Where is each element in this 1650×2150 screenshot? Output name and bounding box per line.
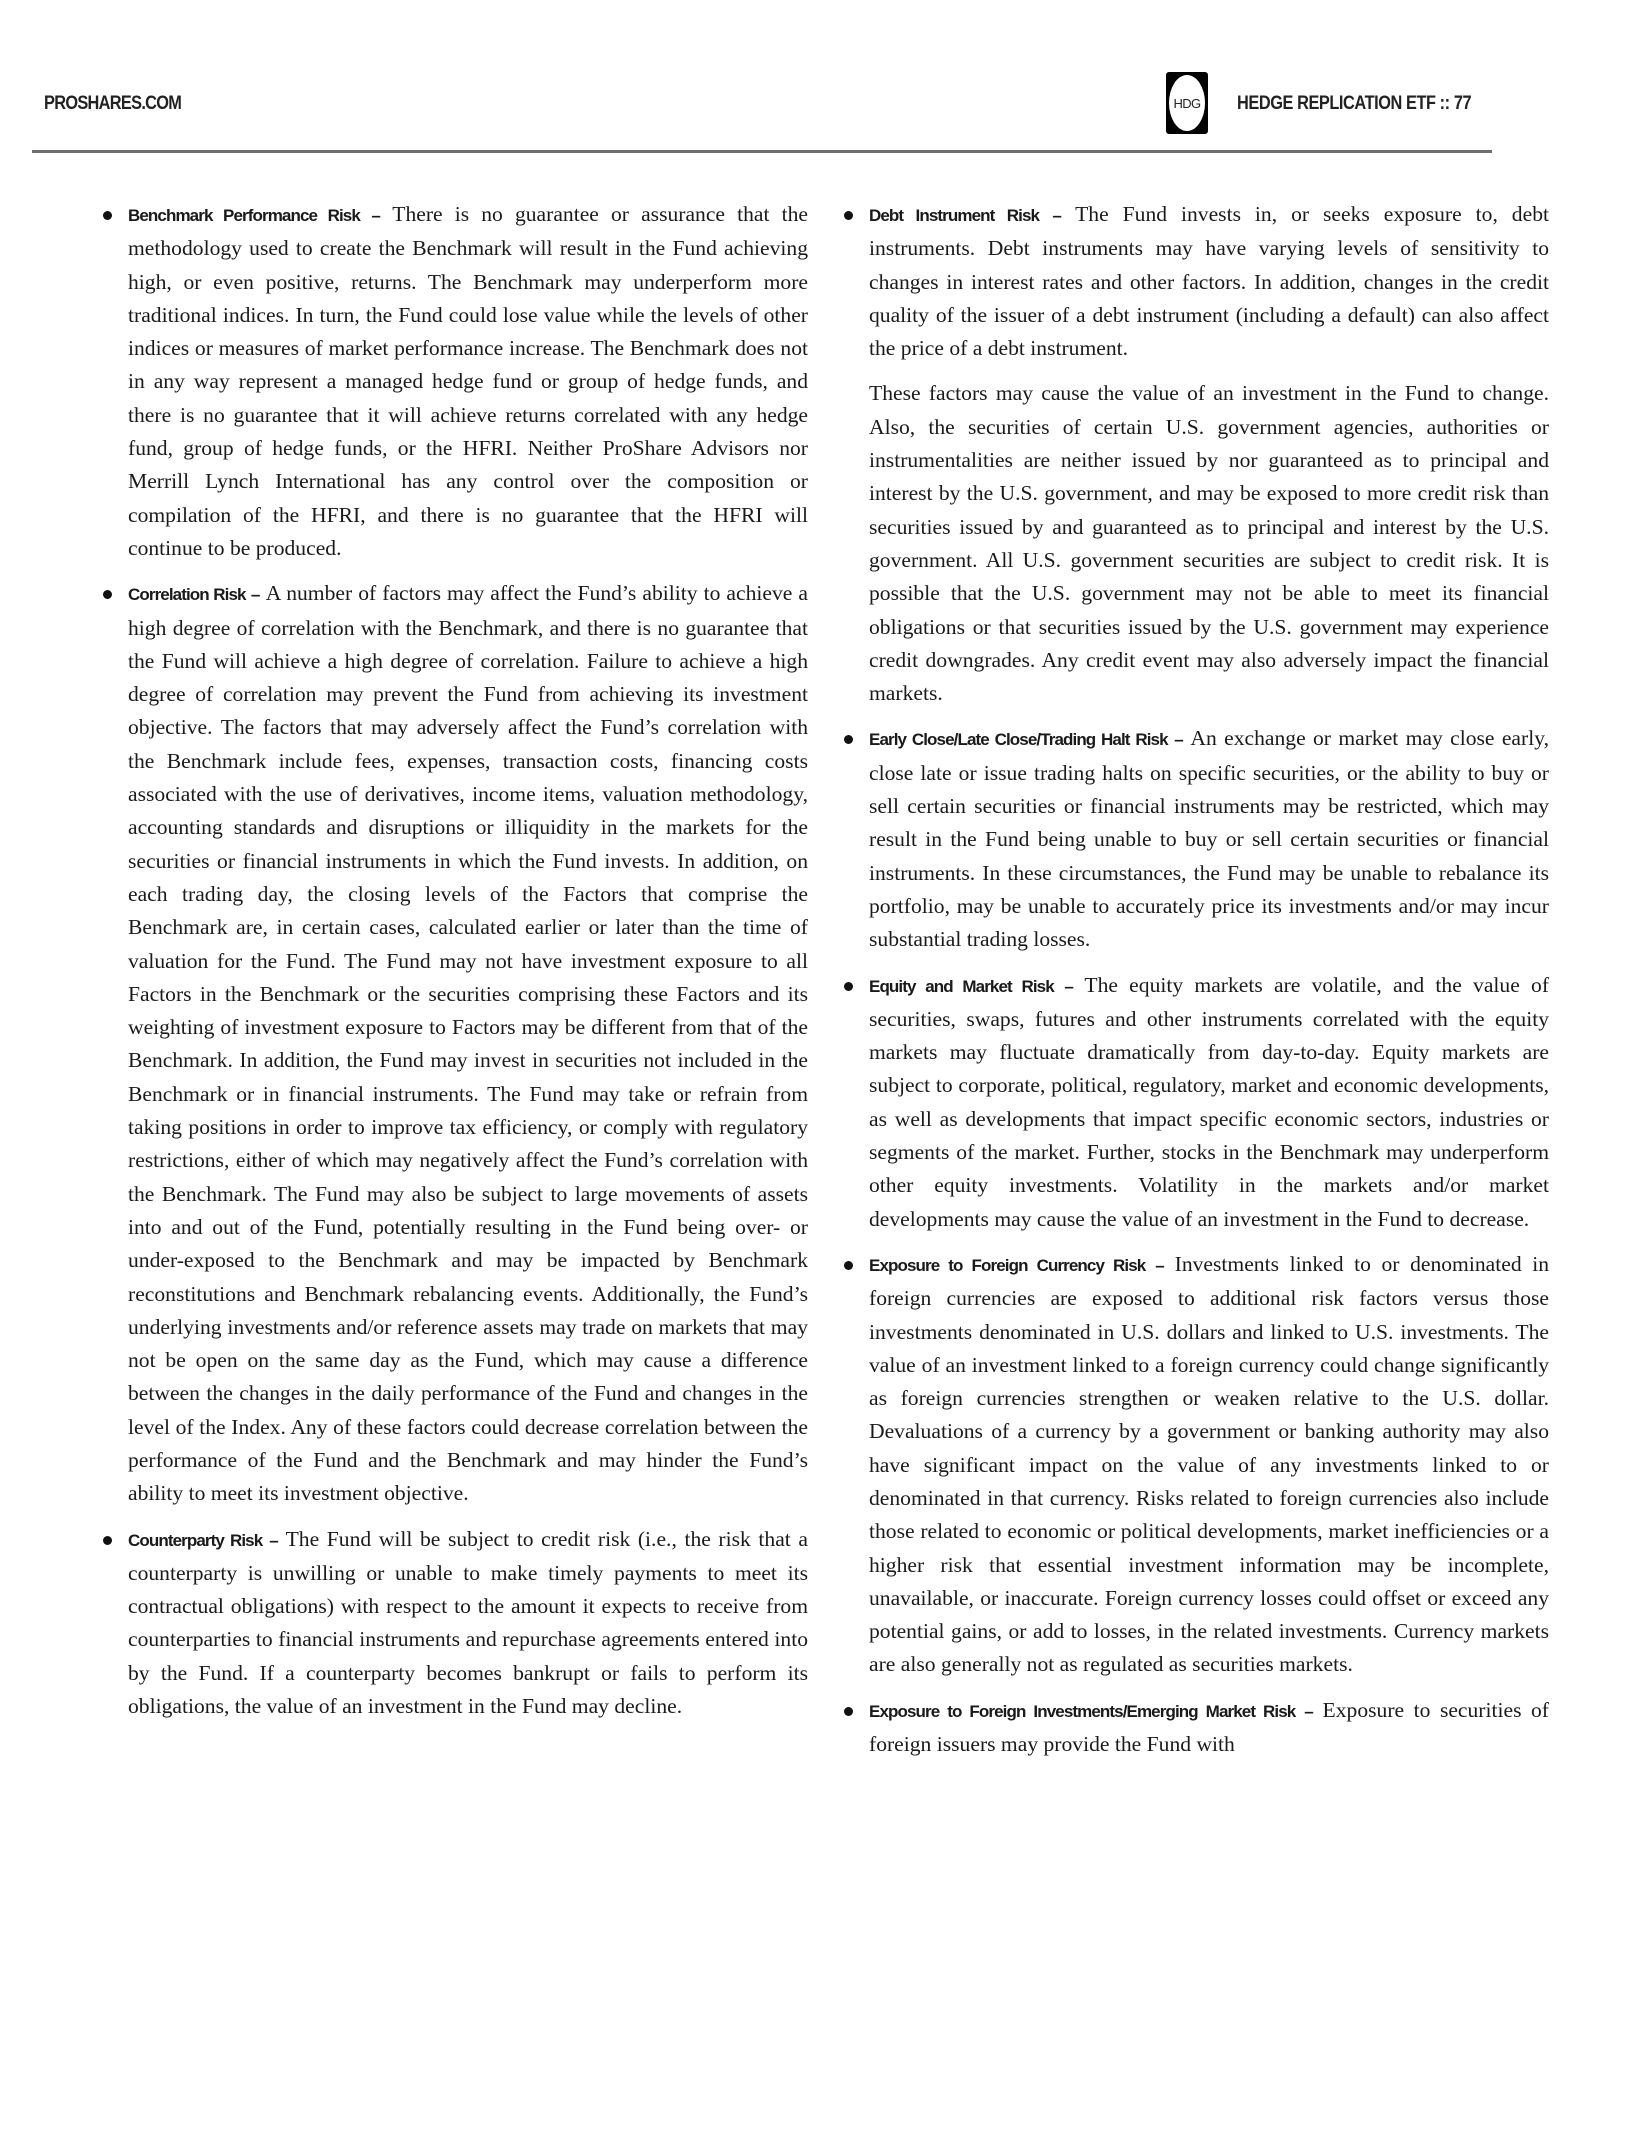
risk-title: Correlation Risk — [128, 585, 246, 604]
title-dash: – — [1295, 1702, 1322, 1721]
ticker-badge: HDG — [1166, 72, 1208, 134]
risk-title: Counterparty Risk — [128, 1531, 262, 1550]
bullet-icon — [103, 590, 112, 599]
risk-title: Equity and Market Risk — [869, 977, 1054, 996]
risk-item-early-close: Early Close/Late Close/Trading Halt Risk… — [844, 722, 1549, 956]
bullet-icon — [844, 1261, 853, 1270]
right-column: Debt Instrument Risk – The Fund invests … — [844, 198, 1549, 1773]
risk-item-foreign-investments: Exposure to Foreign Investments/Emerging… — [844, 1694, 1549, 1762]
bullet-icon — [844, 211, 853, 220]
risk-item-benchmark-performance: Benchmark Performance Risk – There is no… — [103, 198, 808, 565]
title-dash: – — [1039, 206, 1075, 225]
bullet-icon — [103, 211, 112, 220]
title-dash: – — [262, 1531, 285, 1550]
title-dash: – — [246, 585, 266, 604]
risk-item-counterparty: Counterparty Risk – The Fund will be sub… — [103, 1523, 808, 1724]
risk-item-foreign-currency: Exposure to Foreign Currency Risk – Inve… — [844, 1248, 1549, 1682]
title-dash: – — [1054, 977, 1085, 996]
risk-text: A number of factors may affect the Fund’… — [128, 581, 808, 1505]
running-title: HEDGE REPLICATION ETF :: 77 — [1237, 93, 1471, 115]
page-number: 77 — [1454, 93, 1471, 114]
risk-title: Exposure to Foreign Investments/Emerging… — [869, 1702, 1295, 1721]
risk-title: Exposure to Foreign Currency Risk — [869, 1256, 1145, 1275]
risk-title: Early Close/Late Close/Trading Halt Risk — [869, 730, 1168, 749]
risk-text: An exchange or market may close early, c… — [869, 726, 1549, 951]
ticker-badge-label: HDG — [1169, 75, 1205, 131]
risk-text-continued: These factors may cause the value of an … — [869, 377, 1549, 710]
risk-item-debt-instrument: Debt Instrument Risk – The Fund invests … — [844, 198, 1549, 710]
title-dash: – — [1145, 1256, 1174, 1275]
title-dash: – — [1168, 730, 1191, 749]
risk-text: The Fund will be subject to credit risk … — [128, 1527, 808, 1718]
page-header: PROSHARES.COM HDG HEDGE REPLICATION ETF … — [0, 0, 1650, 160]
risk-item-equity-market: Equity and Market Risk – The equity mark… — [844, 969, 1549, 1236]
title-separator: :: — [1436, 93, 1454, 114]
bullet-icon — [844, 1707, 853, 1716]
risk-title: Benchmark Performance Risk — [128, 206, 360, 225]
risk-title: Debt Instrument Risk — [869, 206, 1039, 225]
left-column: Benchmark Performance Risk – There is no… — [103, 198, 808, 1735]
risk-text: Investments linked to or denominated in … — [869, 1252, 1549, 1677]
bullet-icon — [844, 982, 853, 991]
site-name: PROSHARES.COM — [44, 93, 181, 115]
header-rule — [32, 150, 1492, 153]
bullet-icon — [103, 1536, 112, 1545]
risk-text: The equity markets are volatile, and the… — [869, 973, 1549, 1231]
risk-item-correlation: Correlation Risk – A number of factors m… — [103, 577, 808, 1510]
bullet-icon — [844, 735, 853, 744]
risk-text: The Fund invests in, or seeks exposure t… — [869, 202, 1549, 360]
fund-title: HEDGE REPLICATION ETF — [1237, 93, 1436, 114]
risk-text: There is no guarantee or assurance that … — [128, 202, 808, 560]
title-dash: – — [360, 206, 392, 225]
